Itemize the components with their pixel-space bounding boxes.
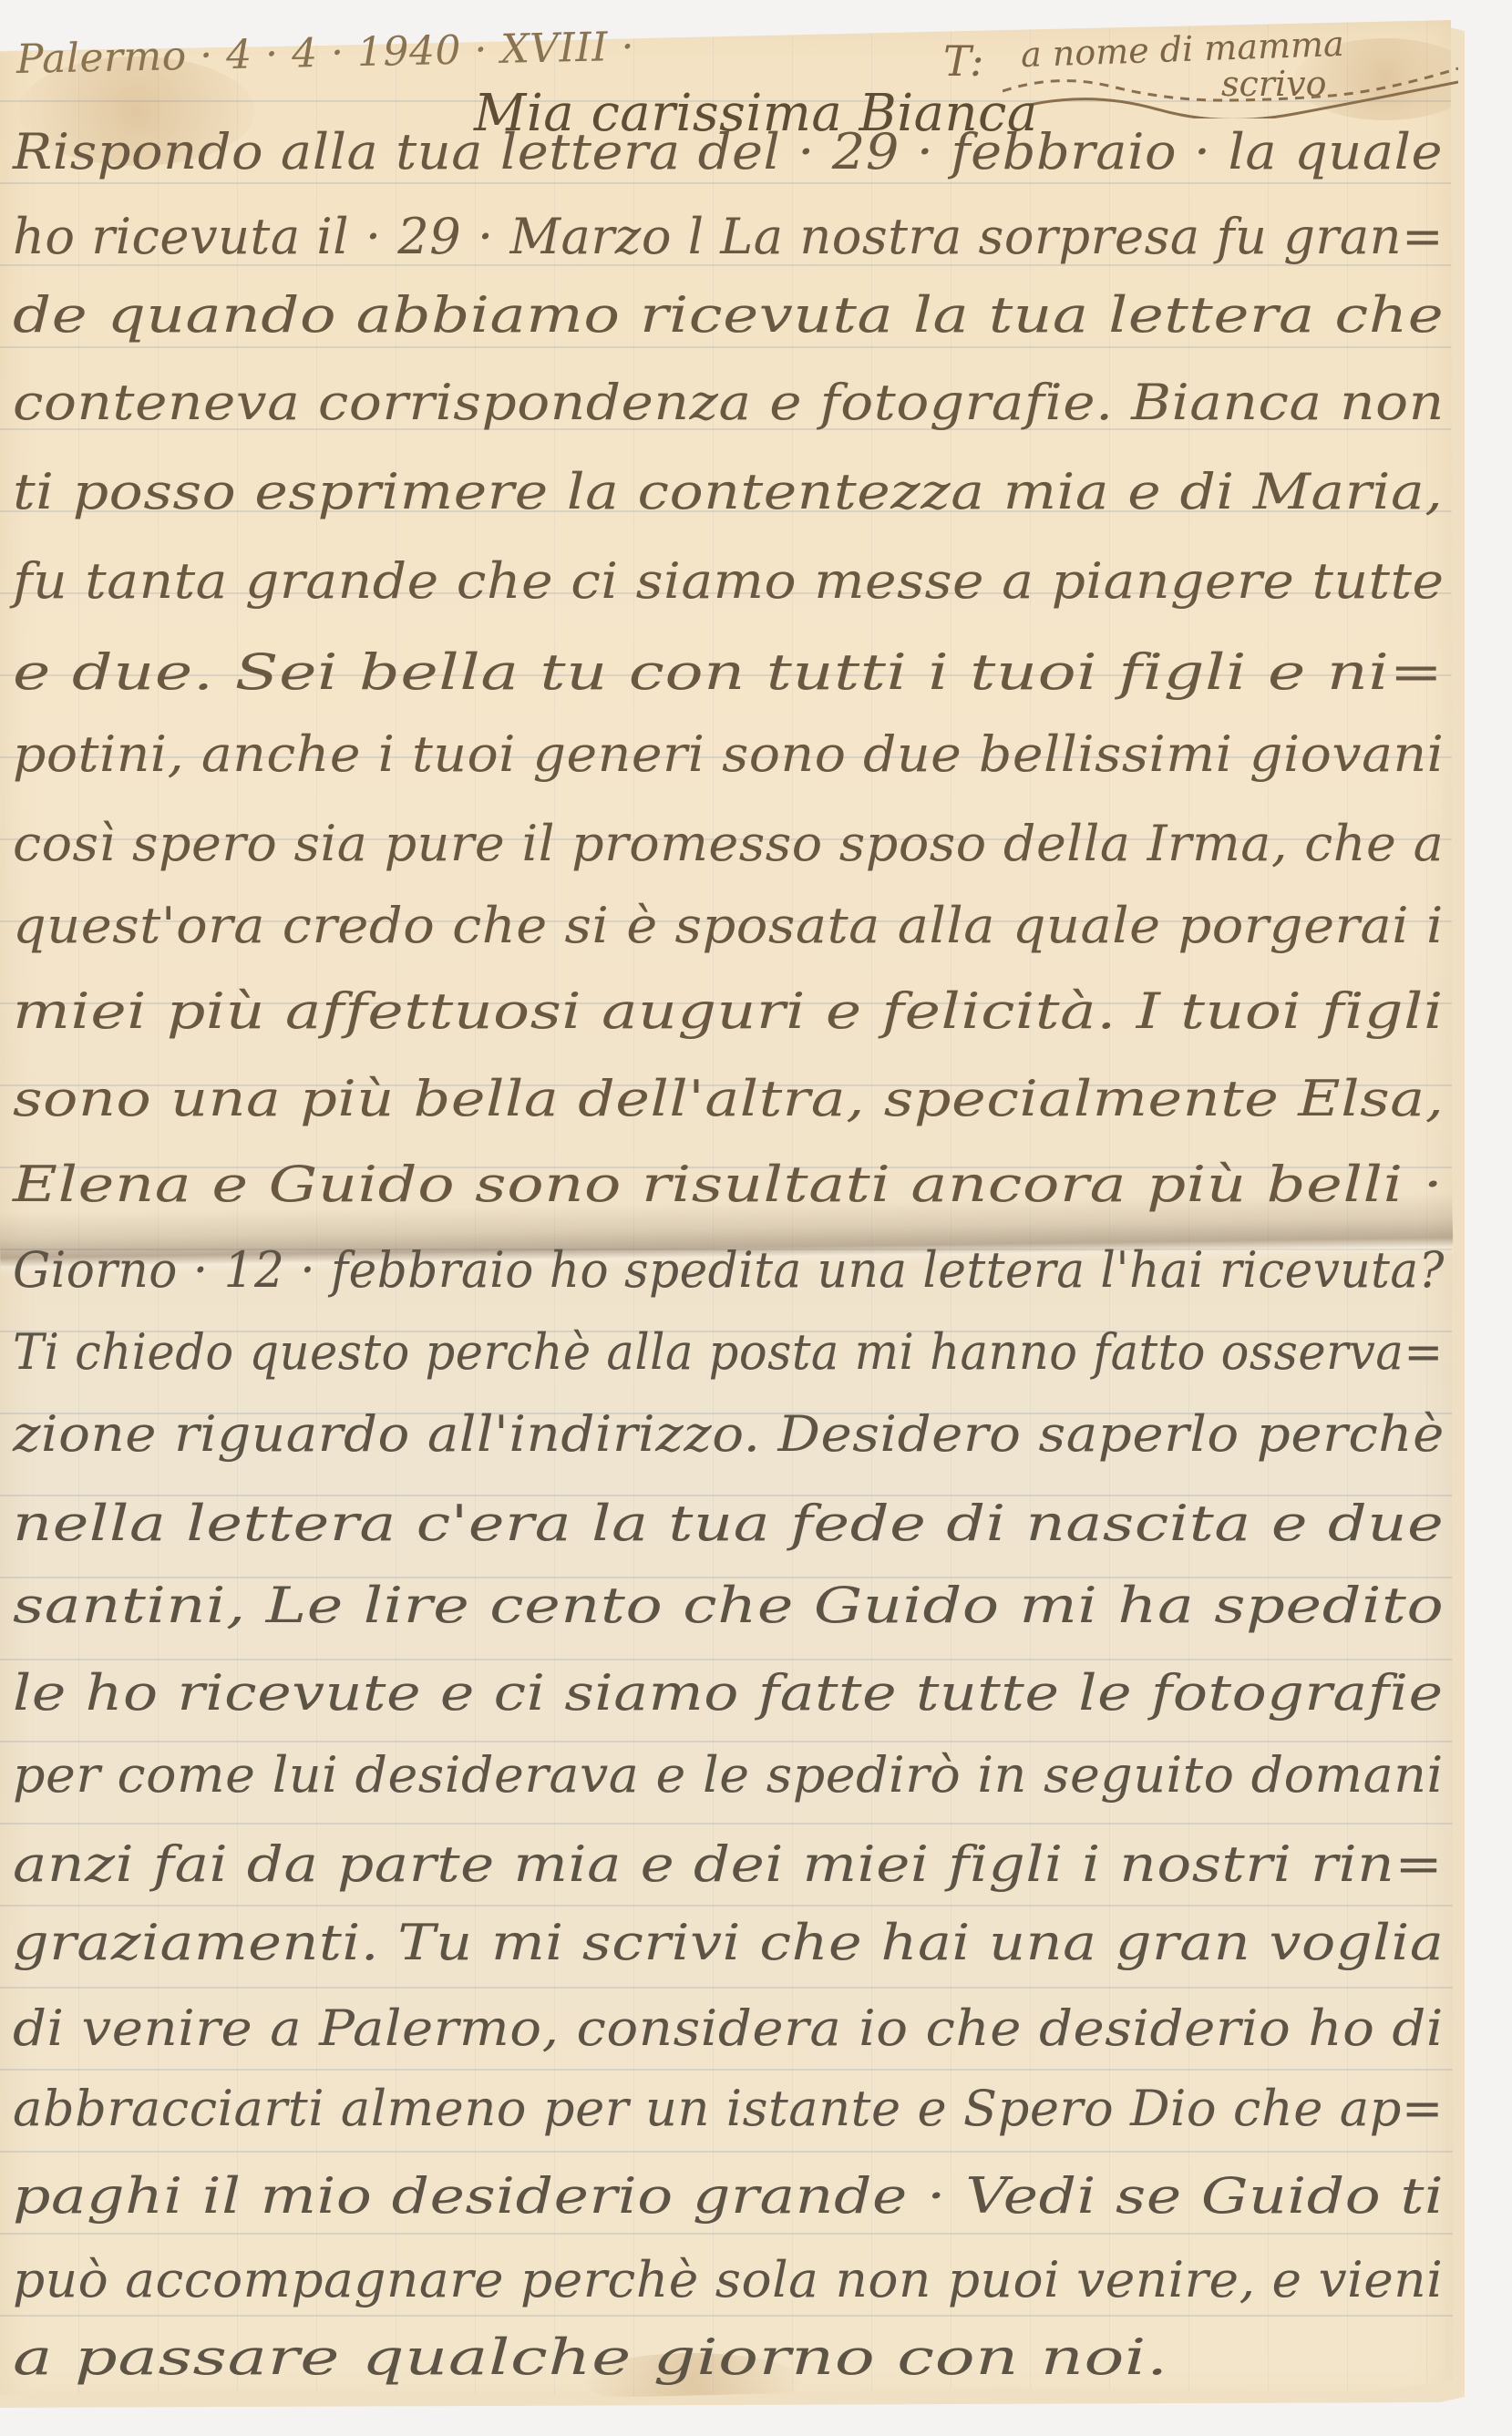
letter-line: ho ricevuta il · 29 · Marzo l La nostra …	[13, 208, 1444, 265]
letter-line: così spero sia pure il promesso sposo de…	[13, 815, 1444, 872]
letter-line: de quando abbiamo ricevuta la tua letter…	[13, 286, 1444, 344]
margin-note-mark: T:	[943, 36, 984, 86]
letter-line: può accompagnare perchè sola non puoi ve…	[13, 2251, 1443, 2308]
letter-line: conteneva corrispondenza e fotografie. B…	[13, 374, 1445, 431]
letter-line: le ho ricevute e ci siamo fatte tutte le…	[13, 1664, 1444, 1722]
letter-line: nella lettera c'era la tua fede di nasci…	[13, 1495, 1444, 1552]
letter-line: ti posso esprimere la contentezza mia e …	[13, 463, 1443, 520]
letter-line: anzi fai da parte mia e dei miei figli i…	[13, 1835, 1443, 1893]
letter-line: quest'ora credo che si è sposata alla qu…	[13, 897, 1444, 954]
letter-line: miei più affettuosi auguri e felicità. I…	[13, 982, 1444, 1040]
letter-line: fu tanta grande che ci siamo messe a pia…	[13, 552, 1445, 610]
letter-line: paghi il mio desiderio grande · Vedi se …	[13, 2167, 1444, 2225]
margin-note-underline	[1003, 64, 1458, 118]
letter-line: Rispondo alla tua lettera del · 29 · feb…	[13, 123, 1443, 180]
letter-line: potini, anche i tuoi generi sono due bel…	[13, 725, 1444, 783]
letter-line: per come lui desiderava e le spedirò in …	[13, 1746, 1444, 1804]
letter-line: Giorno · 12 · febbraio ho spedita una le…	[13, 1241, 1445, 1299]
letter-line: a passare qualche giorno con noi.	[13, 2328, 1168, 2386]
letter-line: graziamenti. Tu mi scrivi che hai una gr…	[13, 1914, 1444, 1971]
letter-line: di venire a Palermo, considera io che de…	[13, 1999, 1444, 2057]
letter-line: Elena e Guido sono risultati ancora più …	[13, 1156, 1444, 1213]
letter-line: zione riguardo all'indirizzo. Desidero s…	[13, 1405, 1445, 1463]
letter-line: santini, Le lire cento che Guido mi ha s…	[13, 1577, 1444, 1634]
letter-line: Ti chiedo questo perchè alla posta mi ha…	[13, 1323, 1444, 1381]
letter-line: e due. Sei bella tu con tutti i tuoi fig…	[13, 643, 1444, 701]
letter-line: sono una più bella dell'altra, specialme…	[13, 1070, 1444, 1127]
letter-line: abbracciarti almeno per un istante e Spe…	[13, 2080, 1444, 2137]
